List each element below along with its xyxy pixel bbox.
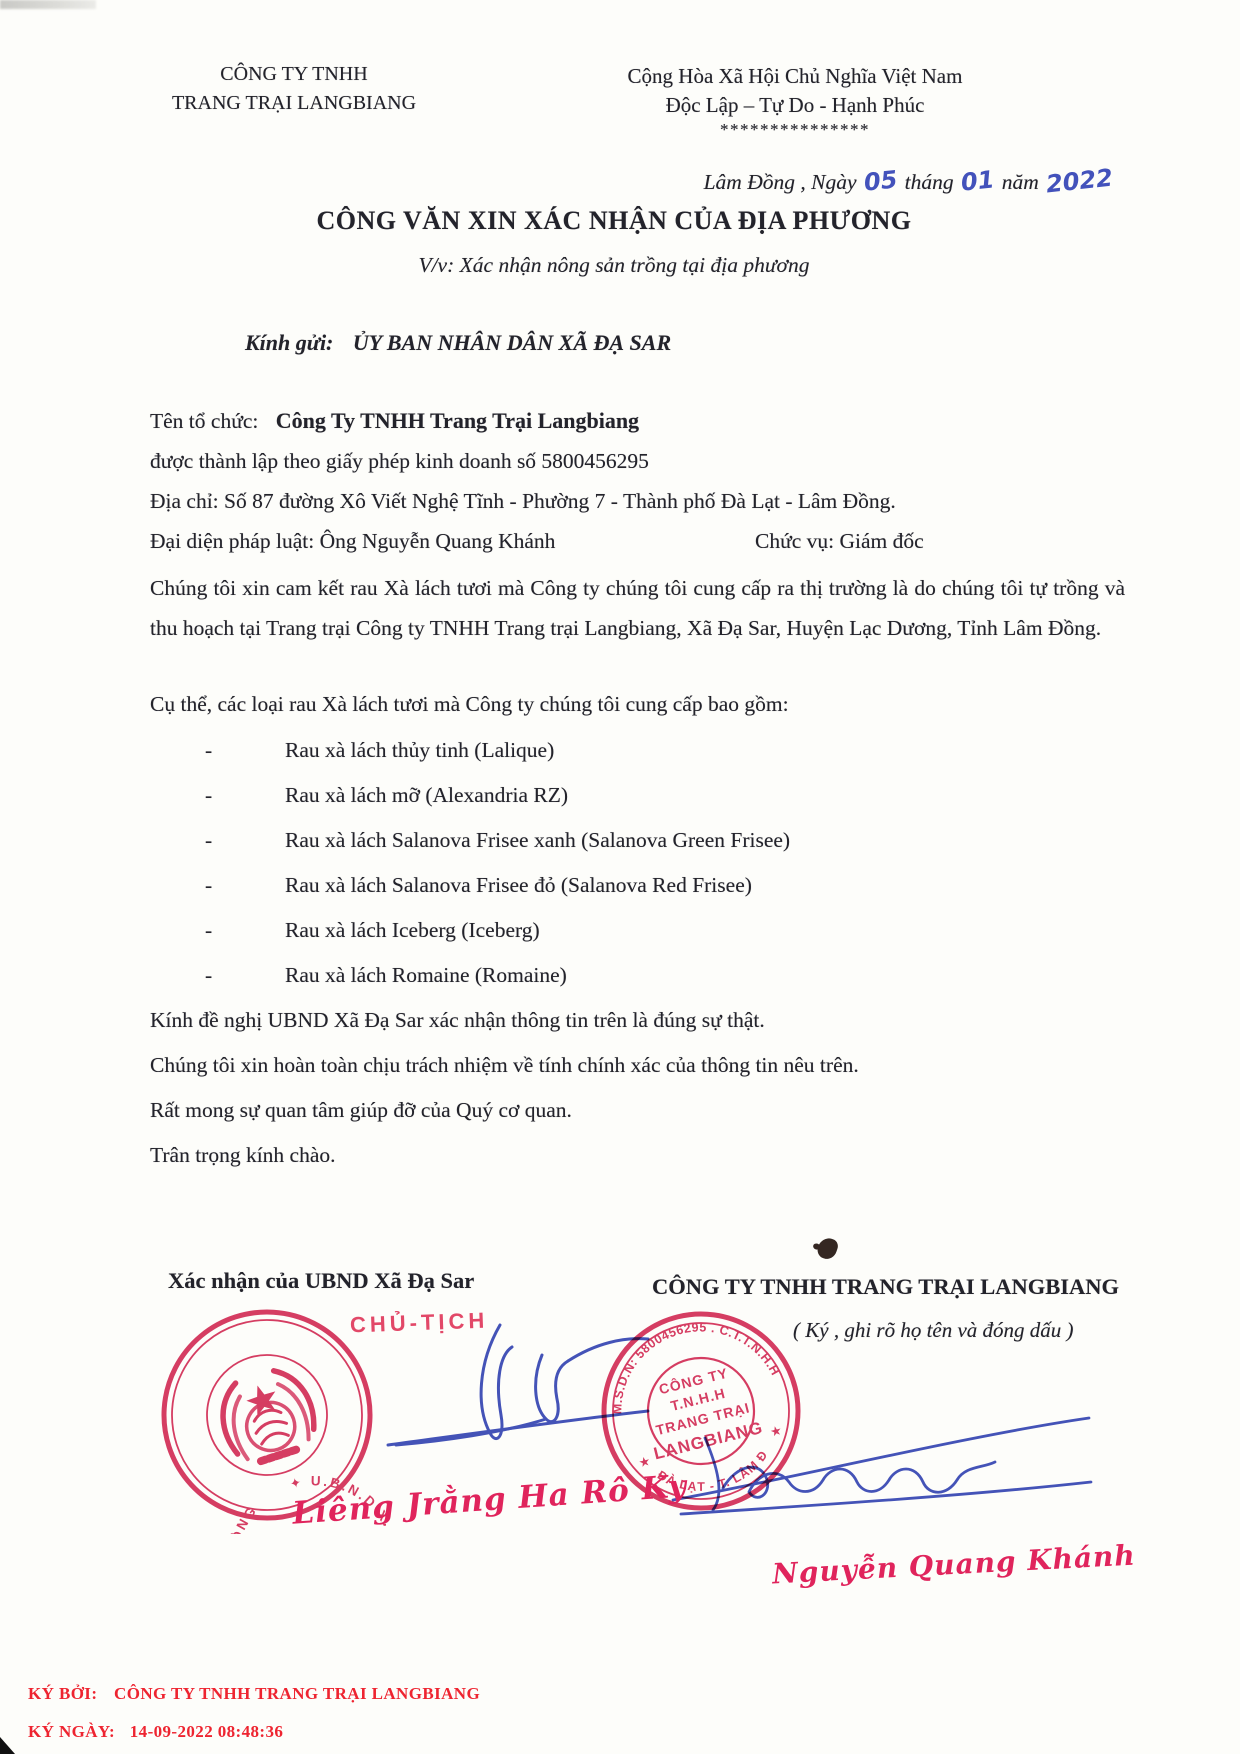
representative-line: Đại diện pháp luật: Ông Nguyễn Quang Khá…: [150, 529, 555, 554]
list-bullet: -: [205, 873, 285, 898]
list-item: -Rau xà lách Iceberg (Iceberg): [205, 918, 540, 943]
date-line: Lâm Đồng , Ngày 05 tháng 01 năm 2022: [540, 167, 1115, 195]
national-line2: Độc Lập – Tự Do - Hạnh Phúc: [598, 91, 992, 120]
org-line: Tên tổ chức: Công Ty TNHH Trang Trại Lan…: [150, 408, 639, 434]
esign-date-label: KÝ NGÀY:: [28, 1722, 115, 1741]
document-title: CÔNG VĂN XIN XÁC NHẬN CỦA ĐỊA PHƯƠNG: [0, 206, 1228, 236]
list-item-text: Rau xà lách thủy tinh (Lalique): [285, 738, 554, 762]
list-item-text: Rau xà lách Iceberg (Iceberg): [285, 918, 540, 942]
esign-by-value: CÔNG TY TNHH TRANG TRẠI LANGBIANG: [114, 1684, 480, 1703]
address-line: Địa chỉ: Số 87 đường Xô Viết Nghệ Tĩnh -…: [150, 489, 896, 514]
license-line: được thành lập theo giấy phép kinh doanh…: [150, 449, 649, 474]
national-motto-block: Cộng Hòa Xã Hội Chủ Nghĩa Việt Nam Độc L…: [598, 62, 992, 140]
sender-company-line2: TRANG TRẠI LANGBIANG: [148, 89, 440, 118]
left-blue-signature: [352, 1315, 652, 1475]
recipient-value: ỦY BAN NHÂN DÂN XÃ ĐẠ SAR: [353, 330, 671, 355]
list-item: -Rau xà lách Salanova Frisee đỏ (Salanov…: [205, 873, 752, 898]
list-item-text: Rau xà lách Romaine (Romaine): [285, 963, 567, 987]
esign-date-line: KÝ NGÀY: 14-09-2022 08:48:36: [28, 1722, 283, 1742]
ink-blot: [815, 1236, 840, 1262]
handwritten-day: 05: [863, 165, 899, 196]
handwritten-year: 2022: [1045, 164, 1114, 199]
scanned-document-page: CÔNG TY TNHH TRANG TRẠI LANGBIANG Cộng H…: [0, 0, 1240, 1754]
list-bullet: -: [205, 963, 285, 988]
position-line: Chức vụ: Giám đốc: [755, 529, 924, 554]
national-line1: Cộng Hòa Xã Hội Chủ Nghĩa Việt Nam: [598, 62, 992, 91]
recipient-label: Kính gửi:: [245, 330, 333, 355]
list-item: -Rau xà lách mỡ (Alexandria RZ): [205, 783, 568, 808]
scan-smudge: [0, 0, 96, 9]
sender-block: CÔNG TY TNHH TRANG TRẠI LANGBIANG: [148, 60, 440, 118]
recipient-line: Kính gửi: ỦY BAN NHÂN DÂN XÃ ĐẠ SAR: [245, 330, 671, 356]
date-middle1: tháng: [905, 170, 954, 194]
document-subtitle: V/v: Xác nhận nông sản trồng tại địa phư…: [0, 253, 1228, 278]
list-bullet: -: [205, 918, 285, 943]
commitment-paragraph: Chúng tôi xin cam kết rau Xà lách tươi m…: [150, 568, 1125, 648]
closing-line: Trân trọng kính chào.: [150, 1143, 336, 1168]
star-divider: ***************: [598, 120, 992, 140]
list-item-text: Rau xà lách mỡ (Alexandria RZ): [285, 783, 568, 807]
list-item: -Rau xà lách Salanova Frisee xanh (Salan…: [205, 828, 790, 853]
org-label: Tên tổ chức:: [150, 409, 258, 433]
date-middle2: năm: [1002, 170, 1039, 194]
esign-by-label: KÝ BỞI:: [28, 1684, 97, 1703]
list-bullet: -: [205, 738, 285, 763]
left-signature-heading: Xác nhận của UBND Xã Đạ Sar: [168, 1268, 474, 1294]
esign-by-line: KÝ BỞI: CÔNG TY TNHH TRANG TRẠI LANGBIAN…: [28, 1684, 480, 1704]
hope-line: Rất mong sự quan tâm giúp đỡ của Quý cơ …: [150, 1098, 572, 1123]
right-signature-heading: CÔNG TY TNHH TRANG TRẠI LANGBIANG: [652, 1274, 1119, 1300]
right-blue-signature: [665, 1402, 1095, 1527]
date-prefix: Lâm Đồng , Ngày: [704, 170, 857, 194]
list-item-text: Rau xà lách Salanova Frisee đỏ (Salanova…: [285, 873, 752, 897]
list-item: -Rau xà lách thủy tinh (Lalique): [205, 738, 554, 763]
list-bullet: -: [205, 828, 285, 853]
list-item-text: Rau xà lách Salanova Frisee xanh (Salano…: [285, 828, 790, 852]
corner-mark: [0, 1737, 15, 1754]
list-item: -Rau xà lách Romaine (Romaine): [205, 963, 567, 988]
right-signature-subheading: ( Ký , ghi rõ họ tên và đóng dấu ): [793, 1318, 1074, 1343]
responsibility-line: Chúng tôi xin hoàn toàn chịu trách nhiệm…: [150, 1053, 859, 1078]
list-intro: Cụ thể, các loại rau Xà lách tươi mà Côn…: [150, 692, 789, 717]
request-line: Kính đề nghị UBND Xã Đạ Sar xác nhận thô…: [150, 1008, 765, 1033]
right-signer-name: Nguyễn Quang Khánh: [771, 1539, 1136, 1591]
list-bullet: -: [205, 783, 285, 808]
handwritten-month: 01: [960, 165, 996, 196]
esign-date-value: 14-09-2022 08:48:36: [130, 1722, 284, 1741]
sender-company-line1: CÔNG TY TNHH: [148, 60, 440, 89]
org-name: Công Ty TNHH Trang Trại Langbiang: [276, 408, 639, 433]
